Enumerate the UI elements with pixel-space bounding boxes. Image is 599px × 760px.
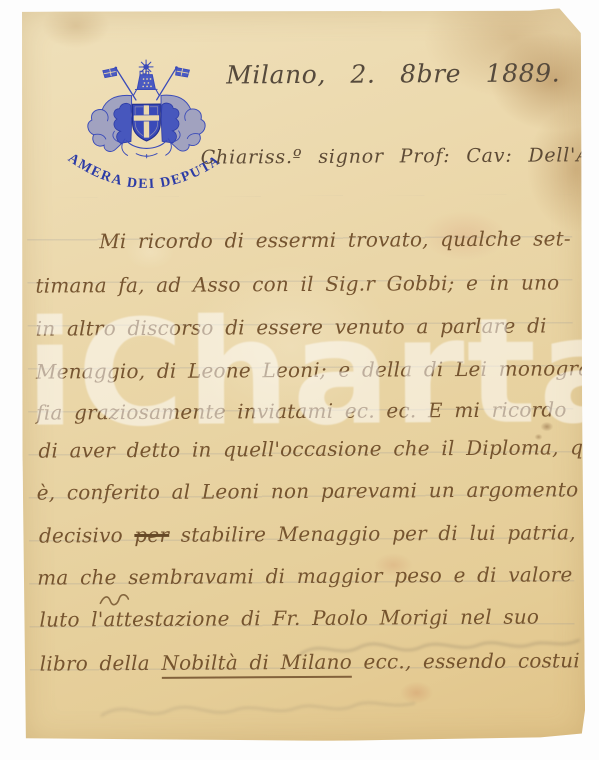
flag-icon [157,66,190,100]
body-line: fia graziosamente inviatami ec. ec. E mi… [36,397,567,424]
camera-dei-deputati-crest-icon [81,59,212,160]
crossed-out-word: per [134,523,169,547]
ink-show-through [94,685,424,733]
body-line-segment: stabilire Menaggio per di lui patria, [169,520,576,546]
body-line: libro della Nobiltà di Milano ecc., esse… [40,648,580,675]
savoy-shield-icon [132,104,160,141]
body-line: luto l'attestazione di Fr. Paolo Morigi … [39,605,539,632]
body-line: timana fa, ad Asso con il Sig.r Gobbi; e… [35,270,559,297]
body-line: di aver detto in quell'occasione che il … [38,435,599,463]
letter-paper: CAMERA DEI DEPUTATI Milano, 2. 8bre 1889… [20,8,585,742]
underlined-phrase: Nobiltà di Milano [161,650,352,679]
scanned-letter-photo: CAMERA DEI DEPUTATI Milano, 2. 8bre 1889… [0,0,599,760]
letterhead-title: CAMERA DEI DEPUTATI [62,150,224,192]
body-line: ma che sembravami di maggior peso e di v… [37,562,599,590]
svg-text:CAMERA DEI DEPUTATI: CAMERA DEI DEPUTATI [62,150,224,192]
body-line-segment: ecc., essendo costui [352,648,580,673]
body-line: è, conferito al Leoni non parevami un ar… [37,477,579,504]
body-line: decisivo per stabilire Menaggio per di l… [39,520,576,547]
body-line-segment: decisivo [39,523,135,548]
body-line: Mi ricordo di essermi trovato, qualche s… [99,226,571,253]
body-line-segment: libro della [40,651,162,676]
body-line: in altro discorso di essere venuto a par… [36,314,547,341]
dateline: Milano, 2. 8bre 1889. [226,58,560,89]
salutation: Chiariss.º signor Prof: Cav: Dell'Acqua [201,144,599,169]
tower-crown-icon [133,71,159,95]
flag-icon [103,66,136,100]
body-line: Menaggio, di Leone Leoni; e della di Lei… [36,356,597,383]
